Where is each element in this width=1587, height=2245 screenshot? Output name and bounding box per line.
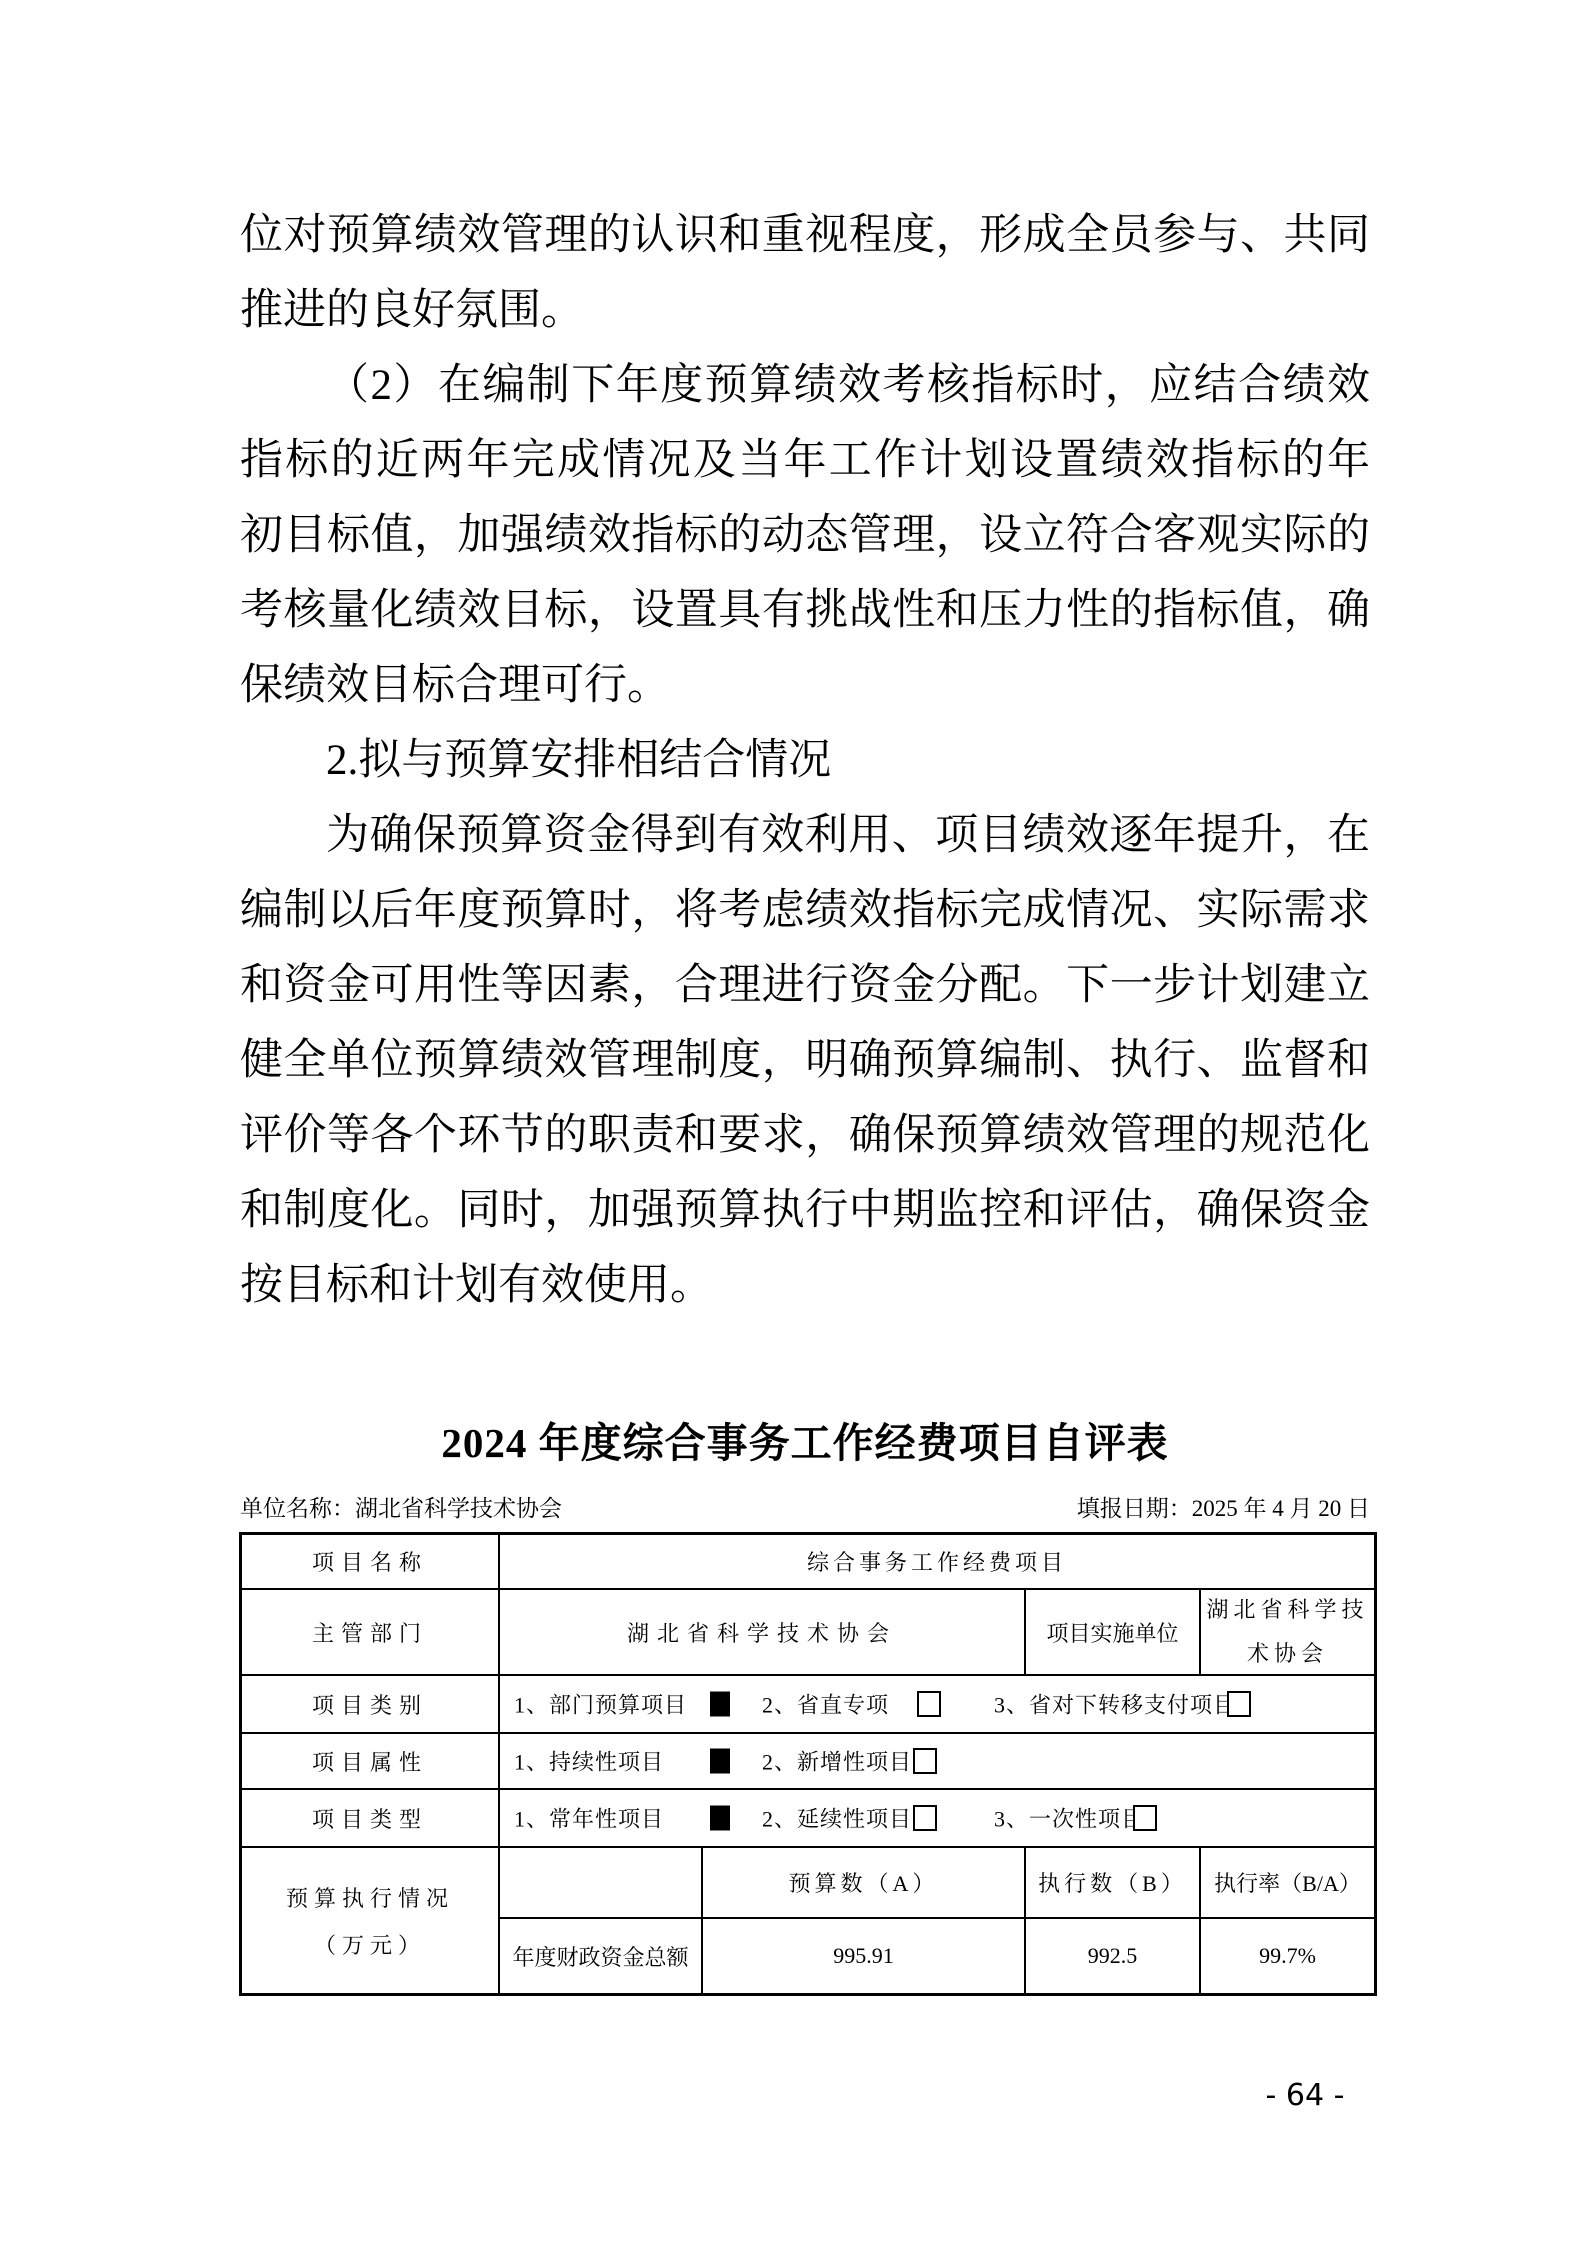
body-line: 考核量化绩效目标，设置具有挑战性和压力性的指标值，确 [240, 573, 1370, 648]
checkbox-unchecked-icon[interactable] [913, 1748, 937, 1774]
body-text: 位对预算绩效管理的认识和重视程度，形成全员参与、共同 推进的良好氛围。 （2）在… [240, 198, 1370, 1323]
budget-execution-label: 预算执行情况 （万元） [242, 1848, 500, 1993]
option-label: 2、新增性项目 [762, 1746, 912, 1777]
attribute-label: 项目属性 [242, 1734, 500, 1790]
budget-execution-title: 预算执行情况 [286, 1882, 454, 1913]
page-number: - 64 - [1240, 2078, 1370, 2113]
budget-execution-unit: （万元） [314, 1929, 426, 1960]
body-line: 为确保预算资金得到有效利用、项目绩效逐年提升，在 [240, 798, 1370, 873]
checkbox-unchecked-icon[interactable] [913, 1805, 937, 1831]
body-line: 推进的良好氛围。 [240, 273, 1370, 348]
execution-rate-value: 99.7% [1201, 1919, 1374, 1993]
empty-cell [500, 1848, 703, 1919]
option-label: 3、省对下转移支付项目 [994, 1689, 1236, 1720]
body-line: 按目标和计划有效使用。 [240, 1248, 1370, 1323]
option-label: 3、一次性项目 [994, 1803, 1144, 1834]
option-label: 1、持续性项目 [514, 1746, 664, 1777]
option-label: 1、部门预算项目 [514, 1689, 687, 1720]
checkbox-unchecked-icon[interactable] [1227, 1691, 1251, 1717]
body-line: 保绩效目标合理可行。 [240, 648, 1370, 723]
checkbox-unchecked-icon[interactable] [917, 1691, 941, 1717]
report-date: 填报日期：2025 年 4 月 20 日 [1077, 1490, 1370, 1523]
checkbox-checked-icon[interactable] [710, 1692, 730, 1717]
option-label: 2、延续性项目 [762, 1803, 912, 1834]
option-label: 1、常年性项目 [514, 1803, 664, 1834]
column-header-executed: 执行数（B） [1026, 1848, 1201, 1919]
table-title: 2024 年度综合事务工作经费项目自评表 [240, 1410, 1370, 1469]
checkbox-unchecked-icon[interactable] [1133, 1805, 1157, 1831]
self-evaluation-table: 项目名称 综合事务工作经费项目 主管部门 湖北省科学技术协会 项目实施单位 湖北… [239, 1532, 1377, 1996]
option-label: 2、省直专项 [762, 1689, 889, 1720]
column-header-rate: 执行率（B/A） [1201, 1848, 1374, 1919]
body-line: 指标的近两年完成情况及当年工作计划设置绩效指标的年 [240, 423, 1370, 498]
body-line: 位对预算绩效管理的认识和重视程度，形成全员参与、共同 [240, 198, 1370, 273]
category-label: 项目类别 [242, 1676, 500, 1734]
column-header-budget: 预算数（A） [703, 1848, 1026, 1919]
implementer-label: 项目实施单位 [1026, 1590, 1201, 1676]
body-line: 和资金可用性等因素，合理进行资金分配。下一步计划建立 [240, 948, 1370, 1023]
attribute-options: 1、持续性项目 2、新增性项目 [500, 1734, 1374, 1790]
document-page: 位对预算绩效管理的认识和重视程度，形成全员参与、共同 推进的良好氛围。 （2）在… [0, 0, 1587, 2245]
budget-amount-value: 995.91 [703, 1919, 1026, 1993]
checkbox-checked-icon[interactable] [710, 1749, 730, 1774]
checkbox-checked-icon[interactable] [710, 1806, 730, 1831]
body-line: 评价等各个环节的职责和要求，确保预算绩效管理的规范化 [240, 1098, 1370, 1173]
project-name-value: 综合事务工作经费项目 [500, 1535, 1374, 1590]
type-options: 1、常年性项目 2、延续性项目 3、一次性项目 [500, 1790, 1374, 1848]
body-line: 初目标值，加强绩效指标的动态管理，设立符合客观实际的 [240, 498, 1370, 573]
project-name-label: 项目名称 [242, 1535, 500, 1590]
body-line: 健全单位预算绩效管理制度，明确预算编制、执行、监督和 [240, 1023, 1370, 1098]
table-meta: 单位名称：湖北省科学技术协会 填报日期：2025 年 4 月 20 日 [240, 1490, 1370, 1523]
body-line: 和制度化。同时，加强预算执行中期监控和评估，确保资金 [240, 1173, 1370, 1248]
body-line: （2）在编制下年度预算绩效考核指标时，应结合绩效 [240, 348, 1370, 423]
department-value: 湖北省科学技术协会 [500, 1590, 1026, 1676]
body-line: 2.拟与预算安排相结合情况 [240, 723, 1370, 798]
unit-name: 单位名称：湖北省科学技术协会 [240, 1490, 562, 1523]
type-label: 项目类型 [242, 1790, 500, 1848]
category-options: 1、部门预算项目 2、省直专项 3、省对下转移支付项目 [500, 1676, 1374, 1734]
implementer-value: 湖北省科学技术协会 [1201, 1590, 1374, 1676]
body-line: 编制以后年度预算时，将考虑绩效指标完成情况、实际需求 [240, 873, 1370, 948]
executed-amount-value: 992.5 [1026, 1919, 1201, 1993]
department-label: 主管部门 [242, 1590, 500, 1676]
row-label-annual-funds: 年度财政资金总额 [500, 1919, 703, 1993]
